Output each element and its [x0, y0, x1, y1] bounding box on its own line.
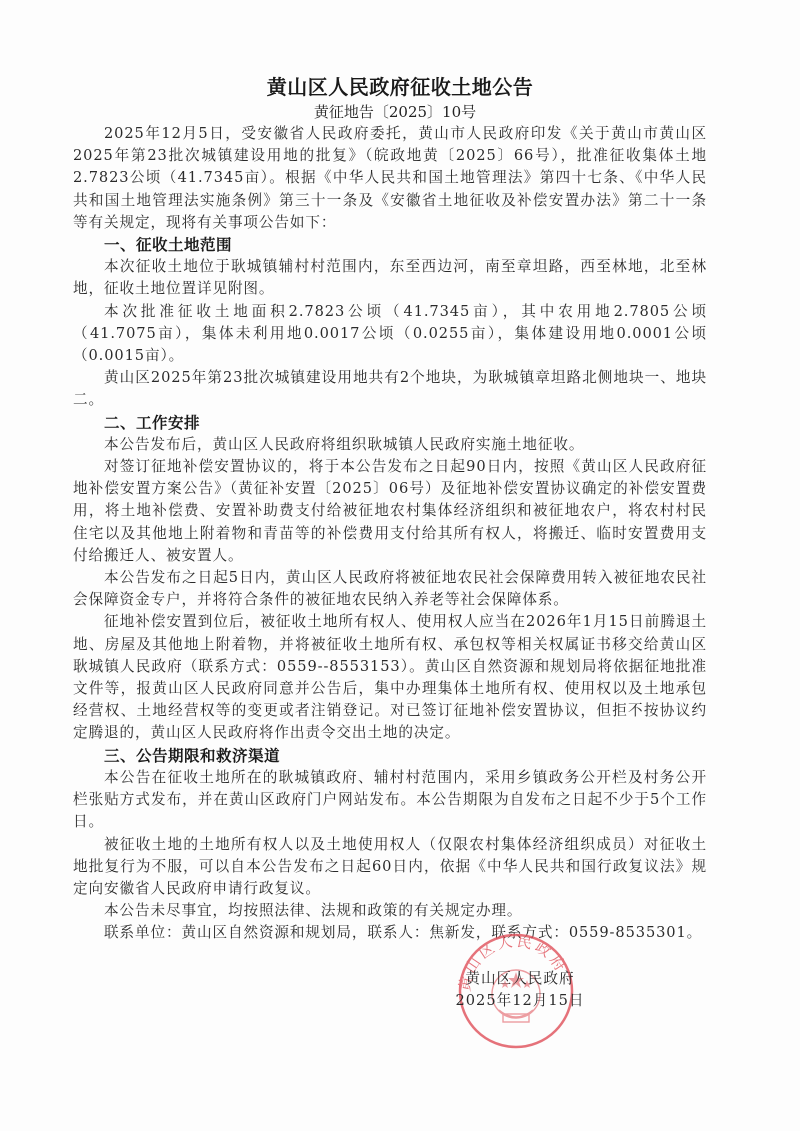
paragraph: 黄山区2025年第23批次城镇建设用地共有2个地块，为耿城镇章坦路北侧地块一、地… — [73, 367, 707, 411]
signing-date: 2025年12月15日 — [440, 990, 600, 1012]
paragraph: 本公告在征收土地所在的耿城镇政府、辅村村范围内，采用乡镇政务公开栏及村务公开栏张… — [73, 767, 707, 834]
signature-block: 黄山区人民政府 2025年12月15日 — [440, 968, 600, 1012]
paragraph: 征地补偿安置到位后，被征收土地所有权人、使用权人应当在2026年1月15日前腾退… — [73, 611, 707, 744]
paragraph: 本次批准征收土地面积2.7823公顷（41.7345亩），其中农用地2.7805… — [73, 301, 707, 368]
document-title: 黄山区人民政府征收土地公告 — [0, 74, 800, 100]
document-number: 黄征地告〔2025〕10号 — [0, 101, 790, 123]
paragraph: 本公告发布后，黄山区人民政府将组织耿城镇人民政府实施土地征收。 — [73, 434, 707, 456]
contact-paragraph: 联系单位：黄山区自然资源和规划局，联系人：焦新发，联系方式：0559-85353… — [73, 922, 707, 944]
paragraph: 本公告发布之日起5日内，黄山区人民政府将被征地农民社会保障费用转入被征地农民社会… — [73, 567, 707, 611]
section-heading-remedies: 三、公告期限和救济渠道 — [73, 745, 707, 767]
paragraph: 被征收土地的土地所有权人以及土地使用权人（仅限农村集体经济组织成员）对征收土地批… — [73, 834, 707, 901]
section-heading-arrangement: 二、工作安排 — [73, 412, 707, 434]
intro-paragraph: 2025年12月5日，受安徽省人民政府委托，黄山市人民政府印发《关于黄山市黄山区… — [73, 123, 707, 234]
document-page: 黄山区人民政府征收土地公告 黄征地告〔2025〕10号 2025年12月5日，受… — [0, 0, 800, 1131]
section-heading-scope: 一、征收土地范围 — [73, 234, 707, 256]
signing-organization: 黄山区人民政府 — [440, 968, 600, 990]
paragraph: 本公告未尽事宜，均按照法律、法规和政策的有关规定办理。 — [73, 900, 707, 922]
paragraph: 对签订征地补偿安置协议的，将于本公告发布之日起90日内，按照《黄山区人民政府征地… — [73, 456, 707, 567]
document-body: 2025年12月5日，受安徽省人民政府委托，黄山市人民政府印发《关于黄山市黄山区… — [73, 123, 707, 945]
paragraph: 本次征收土地位于耿城镇辅村村范围内，东至西边河，南至章坦路，西至林地，北至林地，… — [73, 256, 707, 300]
